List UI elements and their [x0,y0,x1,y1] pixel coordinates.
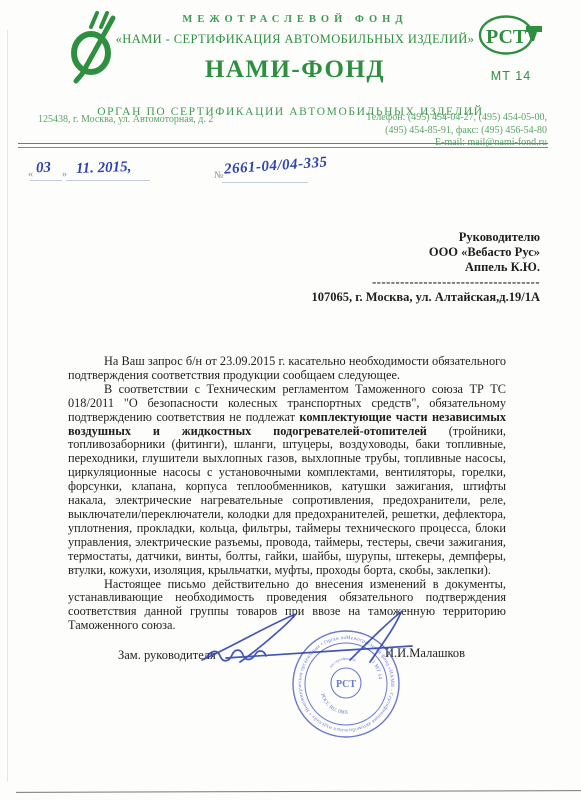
fund-name-line: «НАМИ - СЕРТИФИКАЦИЯ АВТОМОБИЛЬНЫХ ИЗДЕЛ… [105,32,485,47]
recipient-block: Руководителю ООО «Вебасто Рус» Аппель К.… [311,230,540,305]
date-day-underline [30,179,62,181]
rst-cert-mark: РСТ МТ 14 [478,14,544,83]
stamp-center-letters: РСТ [336,679,356,690]
org-name: НАМИ-ФОНД [105,56,485,84]
date-day-handwritten: 03 [36,160,52,178]
number-underline [222,181,308,183]
scan-bottom-edge [16,790,581,793]
letterhead: МЕЖОТРАСЛЕВОЙ ФОНД «НАМИ - СЕРТИФИКАЦИЯ … [105,14,485,84]
recipient-person: Аппель К.Ю. [311,260,540,275]
letter-body: На Ваш запрос б/н от 23.09.2015 г. касат… [68,355,506,633]
org-address: 125438, г. Москва, ул. Автомоторная, д. … [38,114,213,125]
scan-left-edge [7,30,8,782]
recipient-company: ООО «Вебасто Рус» [311,245,540,260]
date-month-year-handwritten: 11. 2015, [76,159,132,178]
fund-type-line: МЕЖОТРАСЛЕВОЙ ФОНД [105,14,485,25]
header-rule-top [18,143,548,144]
handwritten-signature [200,608,415,673]
header-rule-bottom [18,147,548,148]
recipient-separator: ------------------------------------ [311,275,540,290]
scanned-letter-page: МЕЖОТРАСЛЕВОЙ ФОНД «НАМИ - СЕРТИФИКАЦИЯ … [0,0,581,800]
date-month-underline [66,179,150,181]
body-paragraph-2: В соответствии с Техническим регламентом… [68,383,506,578]
recipient-address: 107065, г. Москва, ул. Алтайская,д.19/1А [311,290,540,305]
rst-mark-letters: РСТ [486,26,527,48]
paragraph2-post: (тройники, топливозаборники (фитинги), ш… [68,424,506,577]
cert-mark-code: МТ 14 [478,69,544,83]
phone-line-1: Телефон: (495) 454-04-27, (495) 454-05-0… [366,112,547,125]
recipient-title: Руководителю [311,230,540,245]
letter-number-handwritten: 2661-04/04-335 [224,154,329,178]
rst-mark-icon: РСТ [478,14,544,62]
phone-line-2: (495) 454-85-91, факс: (495) 456-54-80 [366,125,547,138]
stamp-ross-number: РОСС RU. 0001 [319,693,349,716]
number-label: № [214,170,224,181]
svg-text:РОСС RU. 0001: РОСС RU. 0001 [319,693,349,716]
body-paragraph-1: На Ваш запрос б/н от 23.09.2015 г. касат… [68,355,506,383]
